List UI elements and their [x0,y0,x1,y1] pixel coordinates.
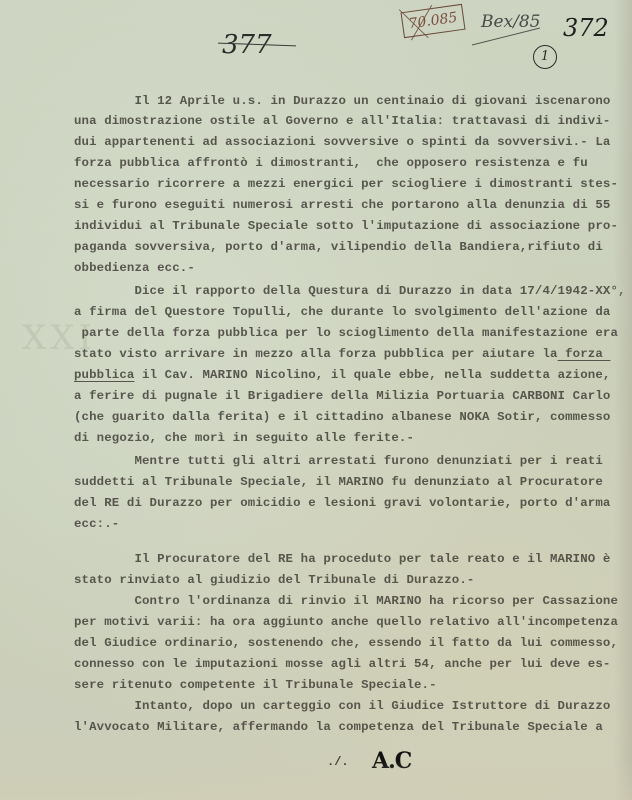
corrected-archive-number: 372 [563,14,609,42]
document-page: XXI 377 70.085 Bex/85 1 372 Il 12 Aprile… [0,0,632,800]
text-line: suddetti al Tribunale Speciale, il MARIN… [74,473,603,491]
text-line: Dice il rapporto della Questura di Duraz… [74,282,626,300]
text-line: individui al Tribunale Speciale sotto l'… [74,217,618,235]
text-line: stato rinviato al giudizio del Tribunale… [74,571,474,589]
text-line: a ferire di pugnale il Brigadiere della … [74,387,610,405]
text-line: l'Avvocato Militare, affermando la compe… [74,718,603,736]
text-line: del RE di Durazzo per omicidio e lesioni… [74,494,610,512]
text-line: dui appartenenti ad associazioni sovvers… [74,133,610,151]
text-line: ecc:.- [74,515,119,533]
text-line: Il 12 Aprile u.s. in Durazzo un centinai… [74,92,610,110]
boxed-crossed-number: 70.085 [400,4,465,38]
bex-note: Bex/85 [481,12,541,32]
text-line: obbedienza ecc.- [74,259,195,277]
text-line: si e furono eseguiti numerosi arresti ch… [74,196,610,214]
text-line: forza pubblica affrontò i dimostranti, c… [74,154,588,172]
text-segment: il Cav. MARINO Nicolino, il quale ebbe, … [142,368,610,382]
page-edge-shadow [614,0,632,800]
text-line: del Giudice ordinario, sostenendo che, e… [74,634,618,652]
text-line: per motivi varii: ha ora aggiunto anche … [74,613,618,631]
page-bottom-tint [0,760,632,800]
text-segment: stato visto arrivare in mezzo alla forza… [74,347,558,361]
text-line: a firma del Questore Topulli, che durant… [74,303,610,321]
underlined-text: forza [558,347,611,361]
text-line: Il Procuratore del RE ha proceduto per t… [74,550,610,568]
text-line: Mentre tutti gli altri arrestati furono … [74,452,603,470]
text-line: paganda sovversiva, porto d'arma, vilipe… [74,238,603,256]
text-line: parte della forza pubblica per lo sciogl… [74,324,618,342]
text-line: una dimostrazione ostile al Governo e al… [74,112,610,130]
text-line: (che guarito dalla ferita) e il cittadin… [74,408,610,426]
text-line: stato visto arrivare in mezzo alla forza… [74,345,610,363]
underlined-text: pubblica [74,368,134,382]
text-line: pubblica il Cav. MARINO Nicolino, il qua… [74,366,610,384]
text-line: Intanto, dopo un carteggio con il Giudic… [74,697,610,715]
text-line: connesso con le imputazioni mosse agli a… [74,655,610,673]
text-line: Contro l'ordinanza di rinvio il MARINO h… [74,592,618,610]
text-line: necessario ricorrere a mezzi energici pe… [74,175,618,193]
circled-page-number: 1 [533,45,557,69]
text-line: sere ritenuto competente il Tribunale Sp… [74,676,437,694]
text-line: di negozio, che morì in seguito alle fer… [74,429,414,447]
struck-archive-number: 377 [222,30,272,60]
